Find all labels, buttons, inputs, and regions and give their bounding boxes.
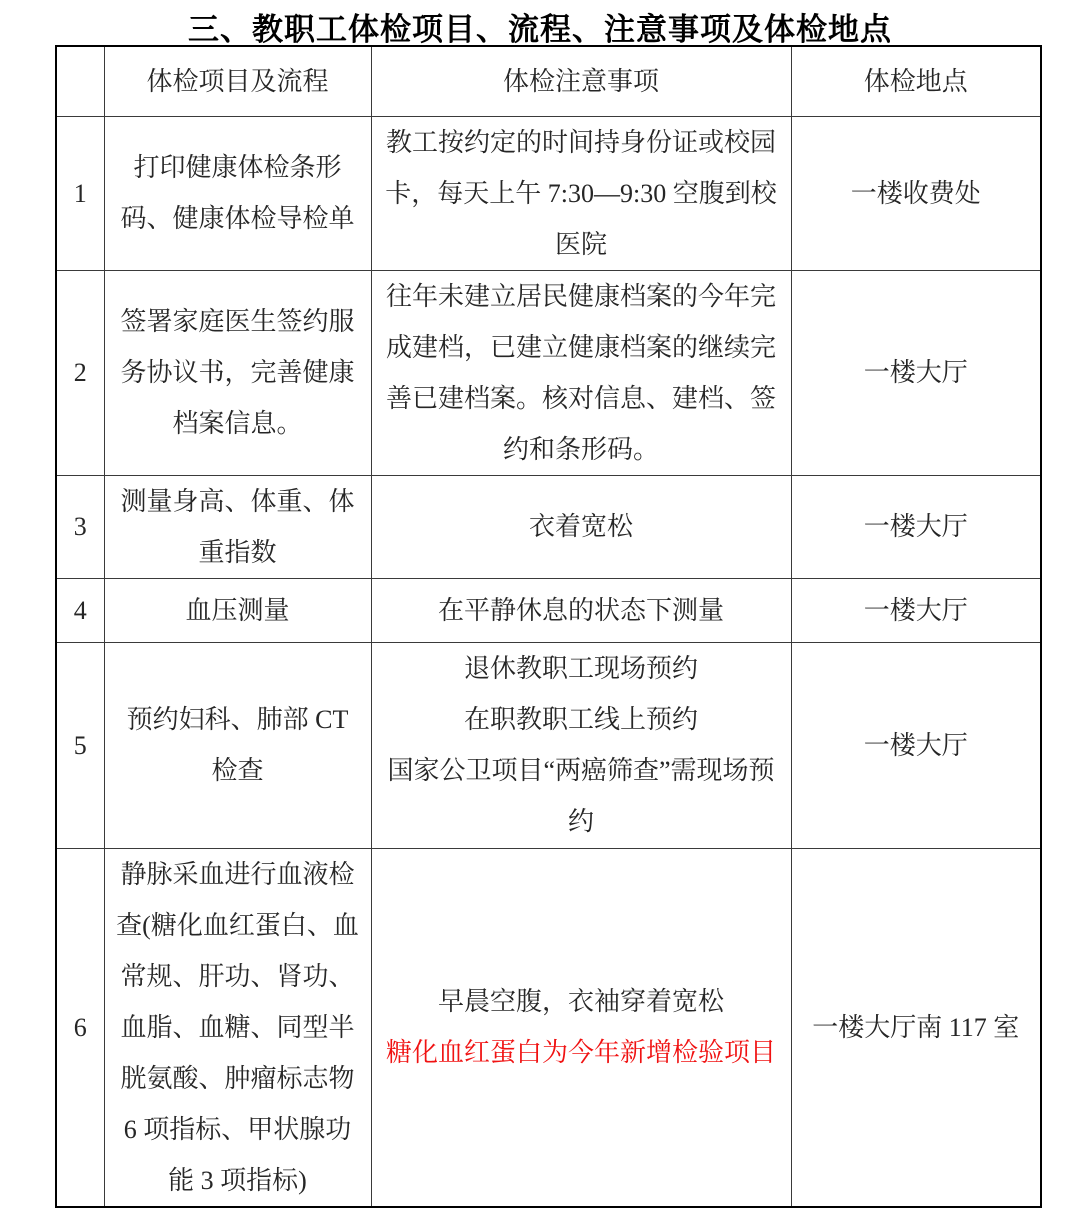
exam-notes-cell: 衣着宽松 xyxy=(371,475,791,578)
row-number: 3 xyxy=(56,475,104,578)
exam-item-cell: 血压测量 xyxy=(104,578,371,642)
table-row: 5 预约妇科、肺部 CT 检查 退休教职工现场预约 在职教职工线上预约 国家公卫… xyxy=(56,642,1041,848)
exam-notes-cell: 早晨空腹，衣袖穿着宽松 糖化血红蛋白为今年新增检验项目 xyxy=(371,848,791,1207)
exam-item-cell: 静脉采血进行血液检查(糖化血红蛋白、血常规、肝功、肾功、血脂、血糖、同型半胱氨酸… xyxy=(104,848,371,1207)
table-row: 2 签署家庭医生签约服务协议书，完善健康档案信息。 往年未建立居民健康档案的今年… xyxy=(56,270,1041,475)
exam-item-cell: 测量身高、体重、体重指数 xyxy=(104,475,371,578)
note-line: 早晨空腹，衣袖穿着宽松 xyxy=(384,976,779,1027)
note-line: 在职教职工线上预约 xyxy=(384,694,779,745)
table-row: 4 血压测量 在平静休息的状态下测量 一楼大厅 xyxy=(56,578,1041,642)
header-exam-item: 体检项目及流程 xyxy=(104,46,371,116)
exam-location-cell: 一楼大厅 xyxy=(791,578,1041,642)
exam-notes-cell: 在平静休息的状态下测量 xyxy=(371,578,791,642)
note-line: 往年未建立居民健康档案的今年完成建档，已建立健康档案的继续完善已建档案。核对信息… xyxy=(384,271,779,475)
note-line: 退休教职工现场预约 xyxy=(384,643,779,694)
exam-item-cell: 打印健康体检条形码、健康体检导检单 xyxy=(104,116,371,270)
note-line: 教工按约定的时间持身份证或校园卡，每天上午 7:30—9:30 空腹到校医院 xyxy=(384,117,779,270)
table-row: 6 静脉采血进行血液检查(糖化血红蛋白、血常规、肝功、肾功、血脂、血糖、同型半胱… xyxy=(56,848,1041,1207)
exam-item-cell: 签署家庭医生签约服务协议书，完善健康档案信息。 xyxy=(104,270,371,475)
exam-notes-cell: 退休教职工现场预约 在职教职工线上预约 国家公卫项目“两癌筛查”需现场预约 xyxy=(371,642,791,848)
exam-notes-cell: 往年未建立居民健康档案的今年完成建档，已建立健康档案的继续完善已建档案。核对信息… xyxy=(371,270,791,475)
exam-location-cell: 一楼收费处 xyxy=(791,116,1041,270)
exam-notes-cell: 教工按约定的时间持身份证或校园卡，每天上午 7:30—9:30 空腹到校医院 xyxy=(371,116,791,270)
row-number: 6 xyxy=(56,848,104,1207)
header-exam-location: 体检地点 xyxy=(791,46,1041,116)
exam-table: 体检项目及流程 体检注意事项 体检地点 1 打印健康体检条形码、健康体检导检单 … xyxy=(55,45,1042,1208)
exam-item-cell: 预约妇科、肺部 CT 检查 xyxy=(104,642,371,848)
header-row-number xyxy=(56,46,104,116)
note-line: 国家公卫项目“两癌筛查”需现场预约 xyxy=(384,745,779,847)
row-number: 5 xyxy=(56,642,104,848)
page-title: 三、教职工体检项目、流程、注意事项及体检地点 xyxy=(0,4,1080,49)
exam-location-cell: 一楼大厅 xyxy=(791,270,1041,475)
note-line: 在平静休息的状态下测量 xyxy=(384,585,779,636)
row-number: 4 xyxy=(56,578,104,642)
header-exam-notes: 体检注意事项 xyxy=(371,46,791,116)
note-line-highlight-red: 糖化血红蛋白为今年新增检验项目 xyxy=(384,1027,779,1078)
row-number: 1 xyxy=(56,116,104,270)
exam-location-cell: 一楼大厅 xyxy=(791,642,1041,848)
note-line: 衣着宽松 xyxy=(384,501,779,552)
document-page: 三、教职工体检项目、流程、注意事项及体检地点 体检项目及流程 体检注意事项 体检… xyxy=(0,0,1080,1213)
table-header-row: 体检项目及流程 体检注意事项 体检地点 xyxy=(56,46,1041,116)
exam-location-cell: 一楼大厅南 117 室 xyxy=(791,848,1041,1207)
table-row: 3 测量身高、体重、体重指数 衣着宽松 一楼大厅 xyxy=(56,475,1041,578)
table-row: 1 打印健康体检条形码、健康体检导检单 教工按约定的时间持身份证或校园卡，每天上… xyxy=(56,116,1041,270)
exam-location-cell: 一楼大厅 xyxy=(791,475,1041,578)
row-number: 2 xyxy=(56,270,104,475)
